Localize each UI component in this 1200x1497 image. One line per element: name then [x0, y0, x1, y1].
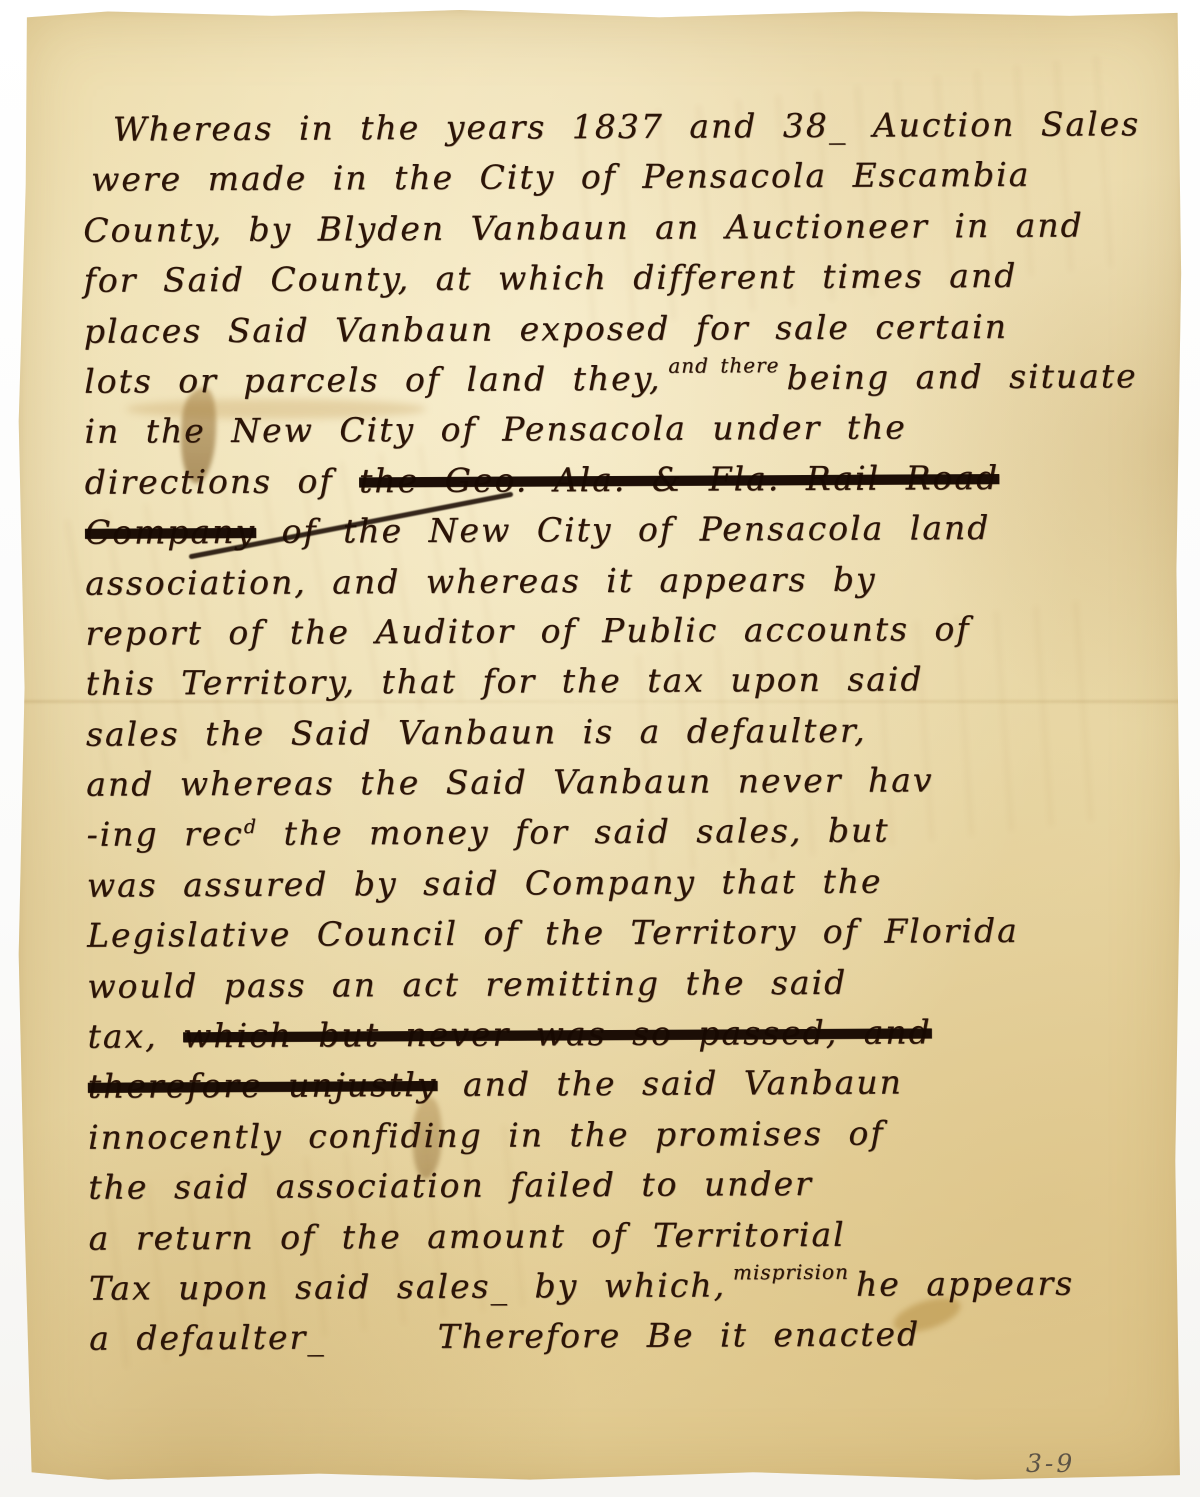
line-gap [326, 1348, 438, 1349]
handwritten-text: innocently confiding in the promises of [88, 1113, 885, 1156]
inserted-text: misprision [733, 1260, 849, 1285]
handwritten-text: Legislative Council of the Territory of … [87, 911, 1019, 955]
manuscript-line: innocently confiding in the promises of [88, 1112, 1146, 1168]
struck-text: Company [85, 512, 256, 552]
manuscript-line: Company of the New City of Pensacola lan… [85, 507, 1143, 563]
manuscript-line: association, and whereas it appears by [85, 558, 1143, 614]
manuscript-line: tax, which but never was so passed, and [87, 1011, 1145, 1067]
manuscript-line: Legislative Council of the Territory of … [87, 910, 1145, 966]
manuscript-line: were made in the City of Pensacola Escam… [83, 155, 1141, 211]
manuscript-line: the said association failed to under [88, 1162, 1146, 1218]
archival-number: 3-9 [1026, 1449, 1075, 1478]
manuscript-line: Tax upon said sales_ by which,misprision… [89, 1263, 1147, 1319]
manuscript-page: Whereas in the years 1837 and 38_ Auctio… [14, 7, 1187, 1487]
handwritten-text: and the said Vanbaun [437, 1063, 903, 1104]
struck-text: therefore unjustly [88, 1065, 438, 1106]
handwritten-text: for Said County, at which different time… [84, 256, 1018, 300]
handwritten-text: sales the Said Vanbaun is a defaulter, [86, 710, 867, 753]
manuscript-line: report of the Auditor of Public accounts… [85, 608, 1143, 664]
manuscript-line: Whereas in the years 1837 and 38_ Auctio… [83, 104, 1141, 160]
manuscript-line: -ing recd the money for said sales, but [86, 810, 1144, 866]
inserted-text: and there [668, 353, 779, 378]
handwritten-text: this Territory, that for the tax upon sa… [86, 660, 924, 703]
manuscript-line: lots or parcels of land they,and therebe… [84, 356, 1142, 412]
handwritten-text: he appears [856, 1264, 1074, 1304]
manuscript-line: in the New City of Pensacola under the [84, 407, 1142, 463]
manuscript-line: for Said County, at which different time… [84, 255, 1142, 311]
handwritten-text: a defaulter_ [89, 1318, 326, 1358]
handwritten-text: Therefore Be it enacted [438, 1315, 921, 1357]
struck-text: which but never was so passed, and [183, 1012, 932, 1055]
handwritten-text: association, and whereas it appears by [85, 559, 877, 602]
handwritten-text: report of the Auditor of Public accounts… [85, 609, 970, 653]
handwritten-text: would pass an act remitting the said [87, 962, 847, 1005]
manuscript-line: would pass an act remitting the said [87, 961, 1145, 1017]
handwritten-text: Whereas in the years 1837 and 38_ Auctio… [113, 104, 1140, 148]
manuscript-line: a defaulter_Therefore Be it enacted [89, 1314, 1147, 1370]
manuscript-line: sales the Said Vanbaun is a defaulter, [86, 709, 1144, 765]
handwritten-text: the money for said sales, but [258, 811, 890, 853]
handwritten-text: -ing rec [86, 814, 244, 854]
handwritten-text: and whereas the Said Vanbaun never hav [86, 760, 933, 803]
struck-text: the Geo. Ala. & Fla. Rail Road [359, 458, 999, 500]
scan-background: Whereas in the years 1837 and 38_ Auctio… [0, 0, 1200, 1497]
handwritten-text: County, by Blyden Vanbaun an Auctioneer … [83, 205, 1084, 249]
manuscript-line: therefore unjustly and the said Vanbaun [88, 1062, 1146, 1118]
manuscript-line: County, by Blyden Vanbaun an Auctioneer … [83, 205, 1141, 261]
manuscript-line: and whereas the Said Vanbaun never hav [86, 759, 1144, 815]
manuscript-line: a return of the amount of Territorial [89, 1213, 1147, 1269]
handwritten-text: lots or parcels of land they, [84, 359, 661, 401]
handwritten-text: were made in the City of Pensacola Escam… [91, 155, 1030, 199]
handwritten-text: was assured by said Company that the [87, 861, 883, 904]
superscript-text: d [244, 816, 258, 838]
manuscript-line: this Territory, that for the tax upon sa… [86, 659, 1144, 715]
handwritten-text: in the New City of Pensacola under the [84, 408, 907, 451]
handwritten-text: places Said Vanbaun exposed for sale cer… [84, 306, 1008, 350]
handwritten-text: Tax upon said sales_ by which, [89, 1265, 726, 1307]
manuscript-line: places Said Vanbaun exposed for sale cer… [84, 306, 1142, 362]
handwritten-text: a return of the amount of Territorial [89, 1214, 846, 1257]
handwritten-text: being and situate [786, 356, 1137, 397]
handwritten-text: directions of [85, 461, 360, 501]
handwritten-text: of the New City of Pensacola land [256, 508, 990, 551]
manuscript-line: was assured by said Company that the [87, 860, 1145, 916]
handwritten-text: the said association failed to under [88, 1164, 813, 1207]
manuscript-text-block: Whereas in the years 1837 and 38_ Auctio… [83, 104, 1147, 1369]
manuscript-line: directions of the Geo. Ala. & Fla. Rail … [85, 457, 1143, 513]
handwritten-text: tax, [87, 1016, 183, 1055]
